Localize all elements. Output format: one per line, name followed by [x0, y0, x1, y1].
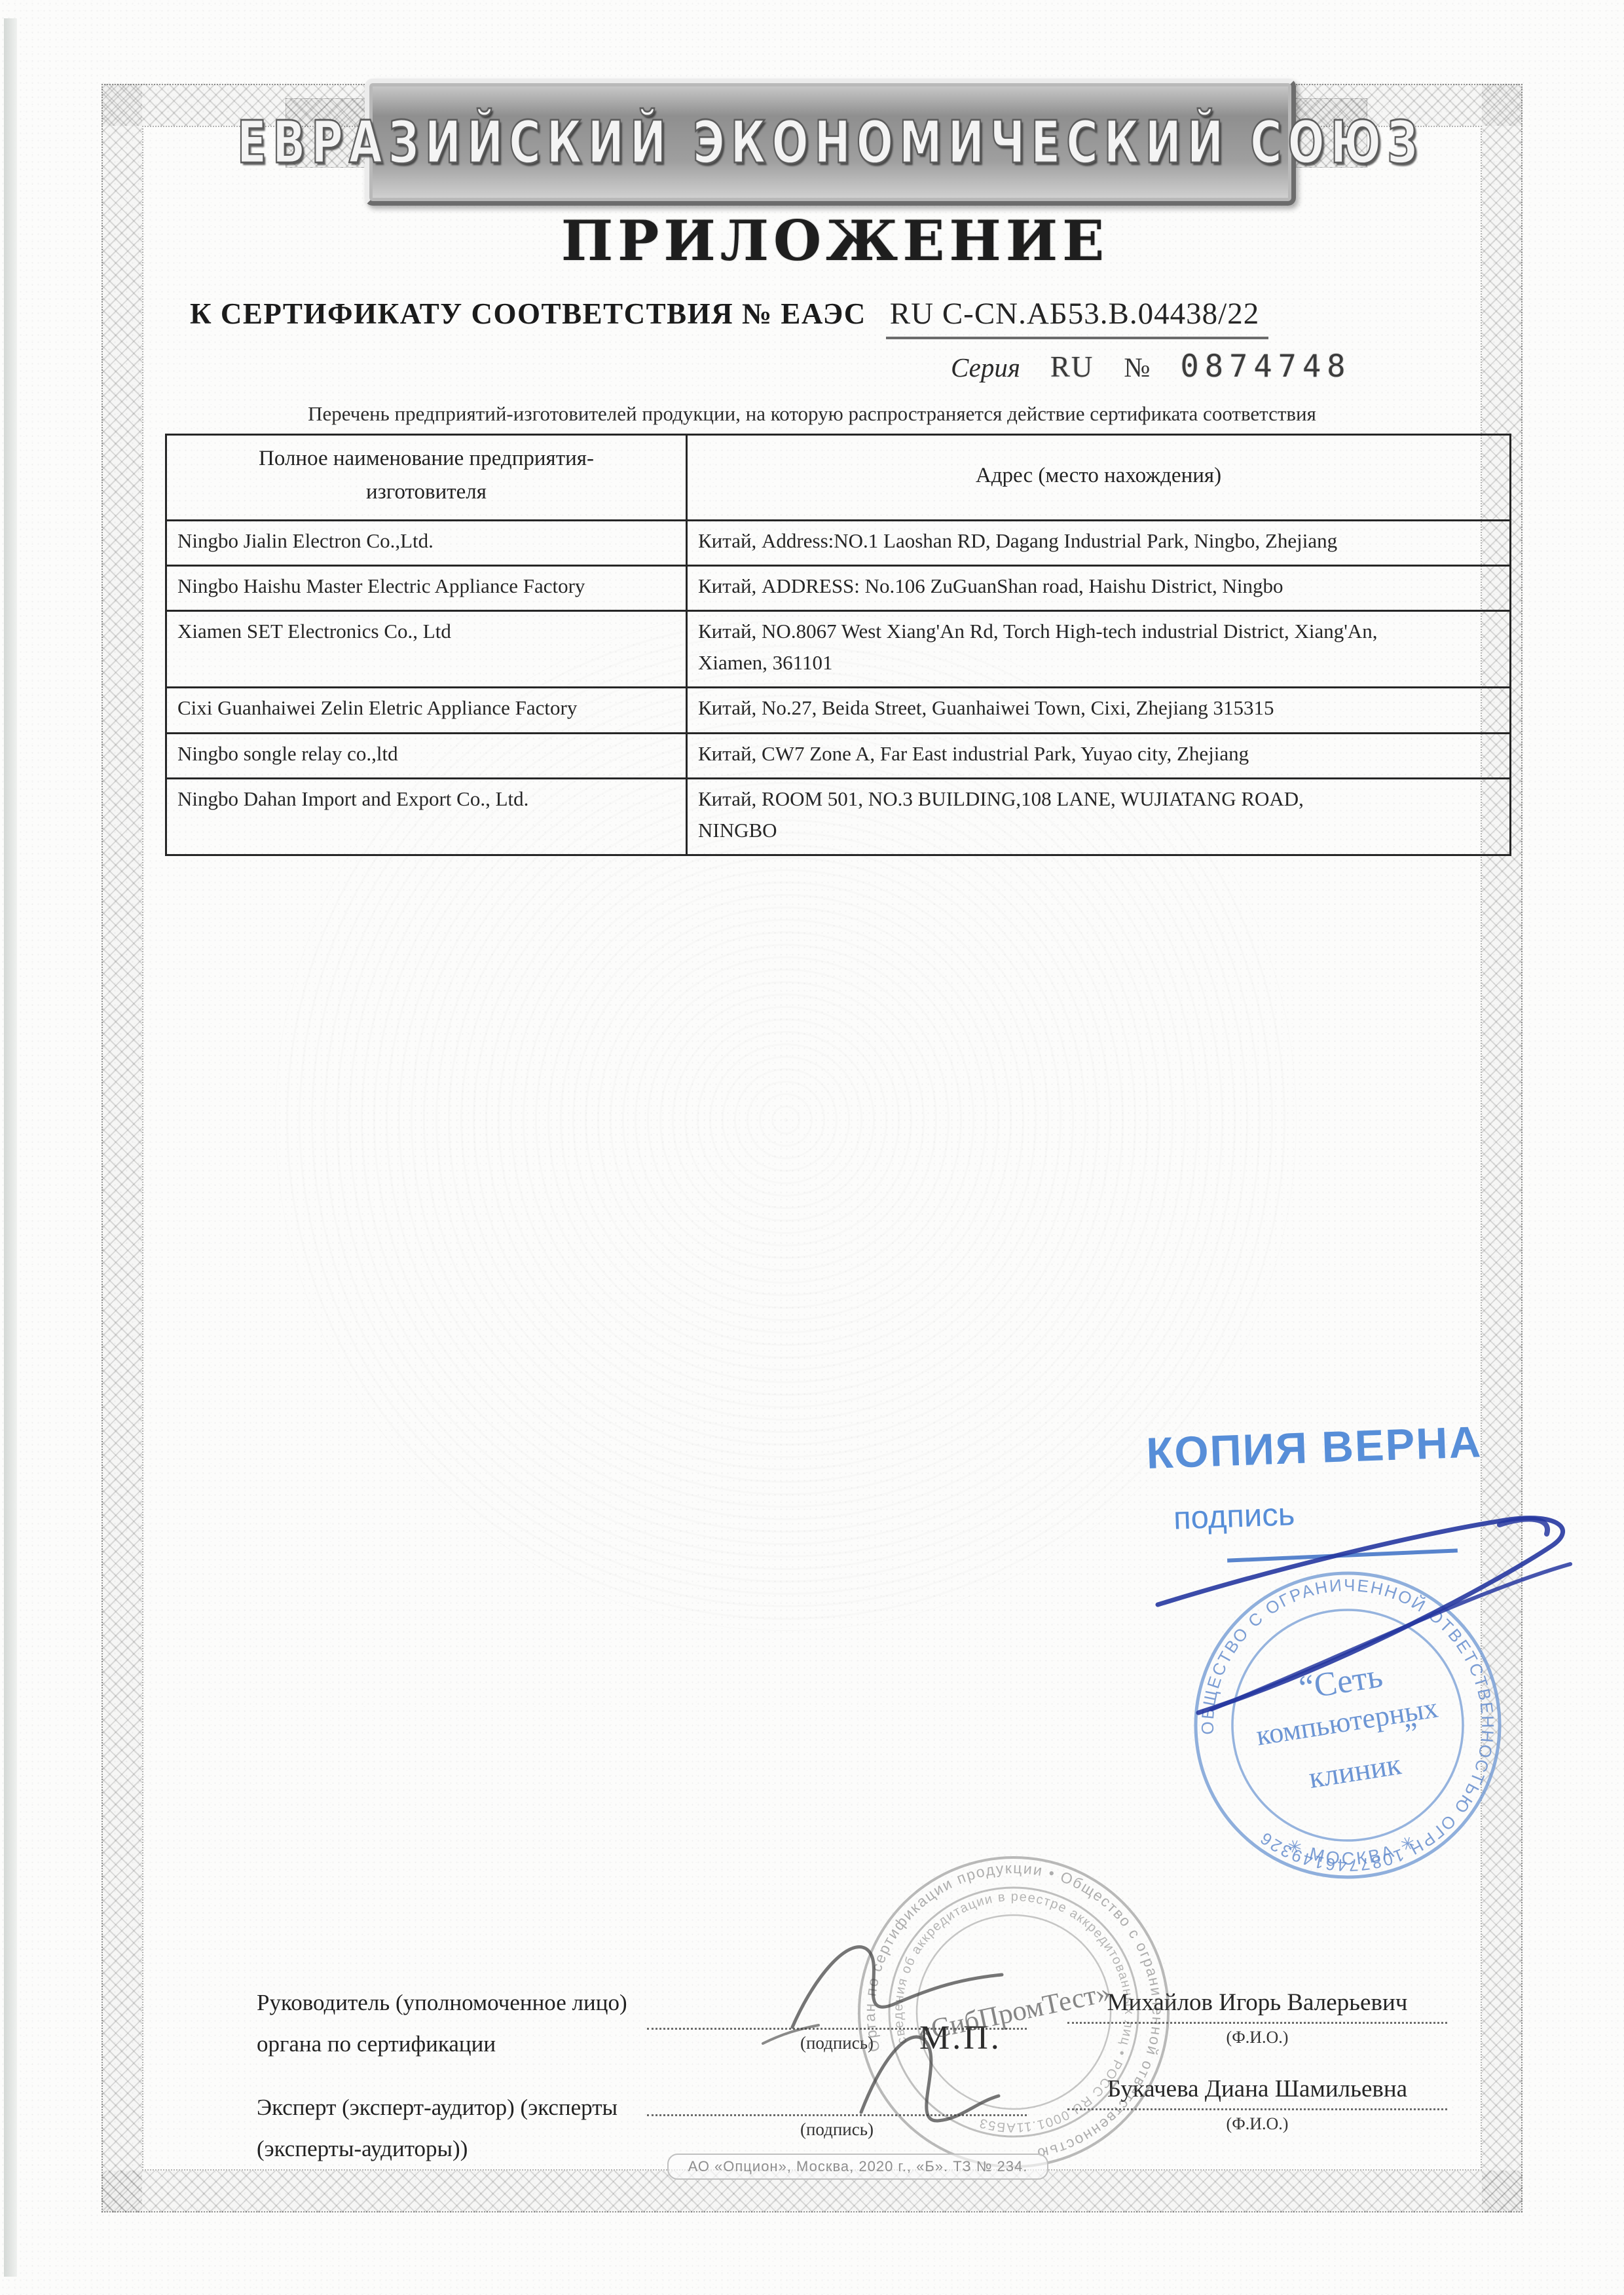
- manufacturer-address: Китай, Address:NO.1 Laoshan RD, Dagang I…: [687, 521, 1511, 566]
- eaeu-banner: ЕВРАЗИЙСКИЙ ЭКОНОМИЧЕСКИЙ СОЮЗ: [365, 79, 1296, 206]
- certificate-page: ЕВРАЗИЙСКИЙ ЭКОНОМИЧЕСКИЙ СОЮЗ ПРИЛОЖЕНИ…: [0, 0, 1624, 2295]
- copy-stamp-line1: КОПИЯ ВЕРНА: [1145, 1417, 1483, 1479]
- manufacturer-address: Китай, ADDRESS: No.106 ZuGuanShan road, …: [687, 566, 1511, 611]
- print-house-footer-text: АО «Опцион», Москва, 2020 г., «Б». ТЗ № …: [667, 2154, 1049, 2180]
- column-header-name-line1: Полное наименование предприятия-: [175, 442, 678, 476]
- table-row: Ningbo Jialin Electron Co.,Ltd. Китай, A…: [166, 521, 1511, 566]
- series-number: 0874748: [1180, 348, 1351, 384]
- certificate-subtitle-label: К СЕРТИФИКАТУ СООТВЕТСТВИЯ № ЕАЭС: [190, 297, 866, 331]
- manufacturer-name: Ningbo Jialin Electron Co.,Ltd.: [166, 521, 687, 566]
- table-header-row: Полное наименование предприятия- изготов…: [166, 435, 1511, 521]
- column-header-name: Полное наименование предприятия- изготов…: [166, 435, 687, 521]
- role-head-of-body: Руководитель (уполномоченное лицо) орган…: [257, 1982, 689, 2064]
- series-label: Серия: [951, 352, 1020, 383]
- handwritten-signatures: [694, 1912, 1100, 2148]
- certificate-number: RU C-CN.АБ53.В.04438/22: [886, 296, 1268, 339]
- certificate-subtitle: К СЕРТИФИКАТУ СООТВЕТСТВИЯ № ЕАЭС RU C-C…: [190, 296, 1532, 339]
- table-row: Ningbo Haishu Master Electric Appliance …: [166, 566, 1511, 611]
- series-row: Серия RU № 0874748: [951, 348, 1352, 384]
- column-header-address: Адрес (место нахождения): [687, 435, 1511, 521]
- ink-signature-scrawl: [1133, 1487, 1604, 1762]
- print-house-footer: АО «Опцион», Москва, 2020 г., «Б». ТЗ № …: [0, 2154, 1624, 2180]
- page-title: ПРИЛОЖЕНИЕ: [0, 208, 1624, 273]
- eaeu-banner-text: ЕВРАЗИЙСКИЙ ЭКОНОМИЧЕСКИЙ СОЮЗ: [237, 108, 1424, 176]
- manufacturer-name: Ningbo Haishu Master Electric Appliance …: [166, 566, 687, 611]
- intro-line: Перечень предприятий-изготовителей проду…: [0, 402, 1624, 426]
- series-code: RU: [1050, 350, 1094, 384]
- column-header-name-line2: изготовителя: [175, 476, 678, 509]
- scan-edge-shadow: [4, 18, 17, 2277]
- series-no-sign: №: [1124, 352, 1150, 384]
- guilloche-watermark: [275, 609, 1297, 1631]
